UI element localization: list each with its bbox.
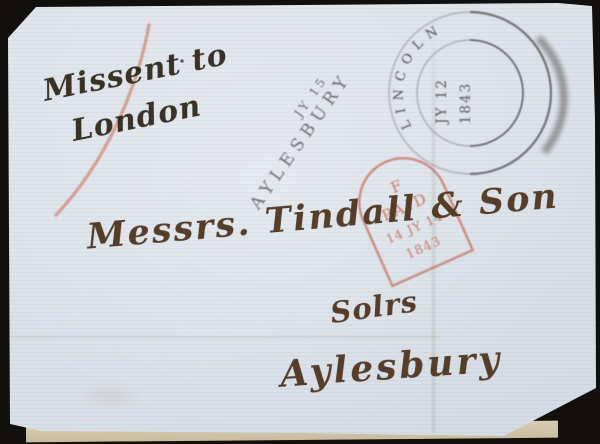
cds-outer-arc <box>470 12 551 174</box>
cds-inner-arc <box>470 40 523 146</box>
transit-stamp-town: AYLESBURY <box>246 69 356 214</box>
lincoln-datestamp: LINCOLN JY 12 1843 <box>389 12 564 174</box>
cds-year-text: 1843 <box>458 82 474 124</box>
cds-date-text: JY 12 <box>434 78 450 126</box>
cover-photo: LINCOLN JY 12 1843 JY 15 AYLESBURY F PAI… <box>0 0 600 444</box>
paid-stamp-year: 1843 <box>404 234 444 263</box>
transit-arrival-stamp: JY 15 AYLESBURY <box>246 69 356 214</box>
